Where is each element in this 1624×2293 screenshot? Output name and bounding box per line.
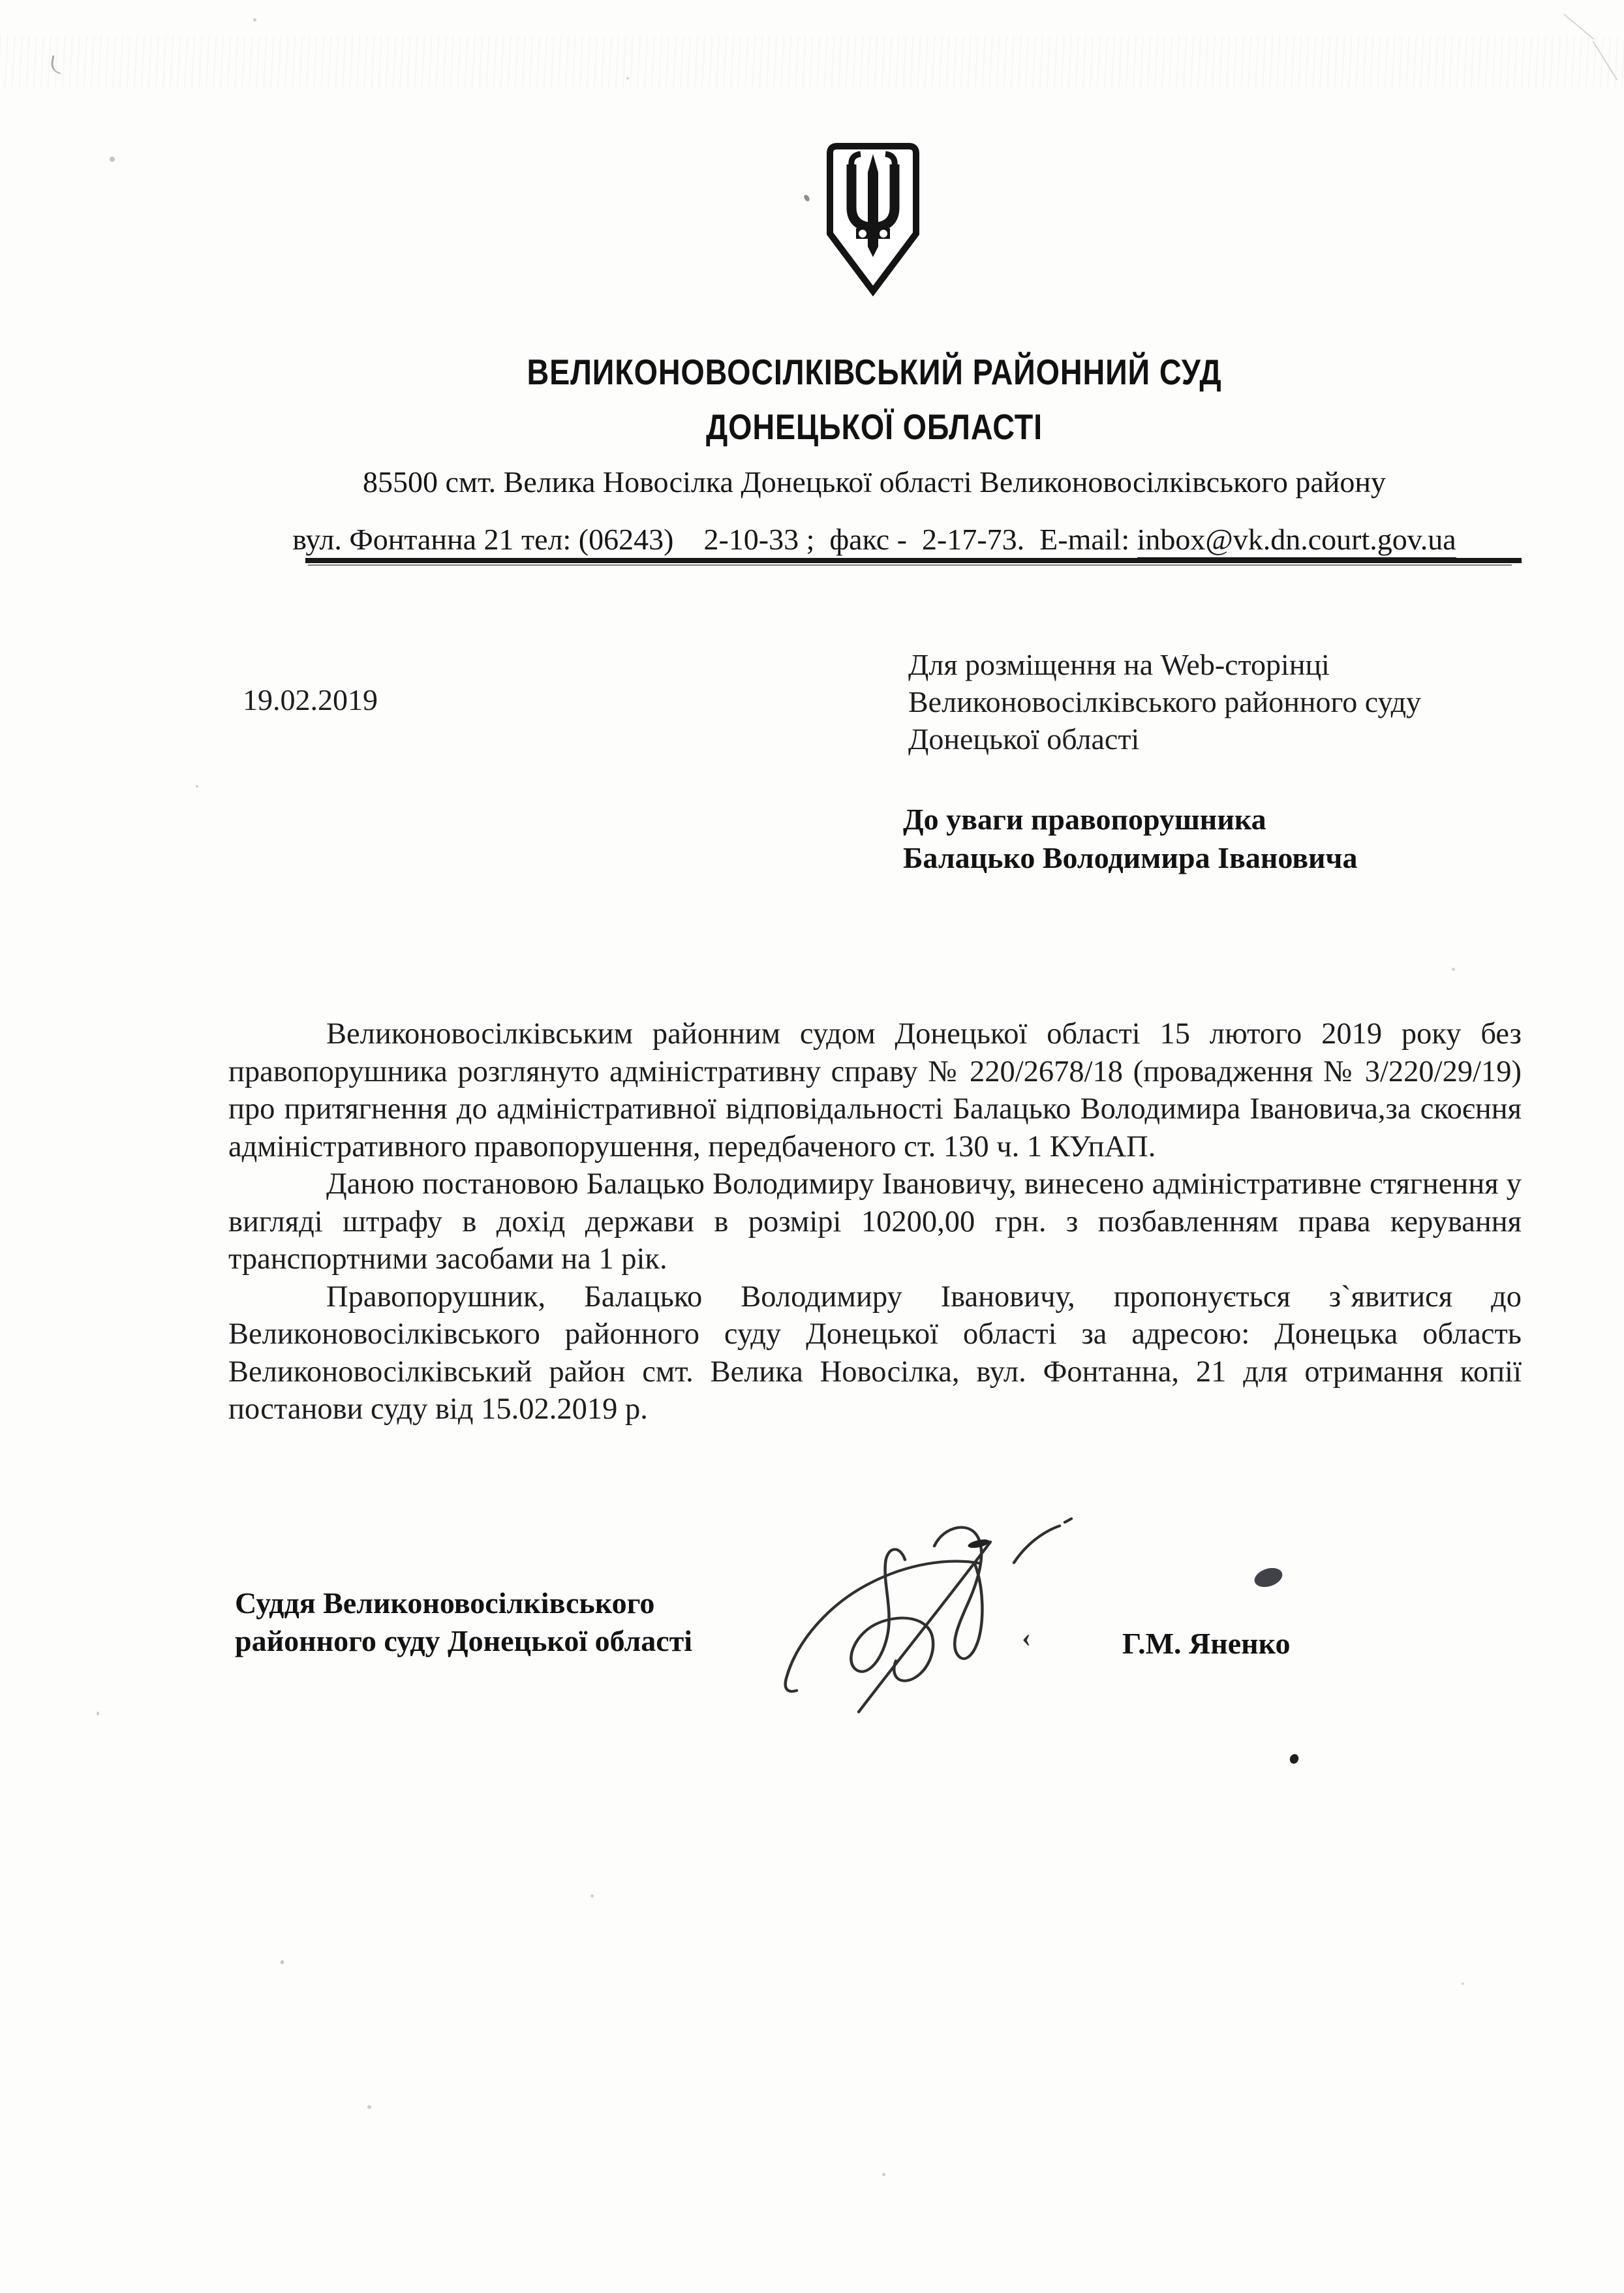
scan-speck <box>253 18 256 22</box>
judge-title-line: Суддя Великоновосілківського <box>235 1584 692 1622</box>
ink-dot-artifact <box>1288 1753 1300 1765</box>
paragraph: Правопорушник, Балацько Володимиру Івано… <box>228 1278 1522 1428</box>
court-address: 85500 смт. Велика Новосілка Донецької об… <box>228 465 1520 499</box>
scan-speck <box>110 157 115 162</box>
scan-speck <box>50 55 63 74</box>
web-note: Для розміщення на Web-сторінці Великонов… <box>908 646 1421 758</box>
ukraine-trident-emblem <box>824 142 922 296</box>
judge-title: Суддя Великоновосілківського районного с… <box>235 1584 692 1660</box>
scan-speck <box>626 77 629 80</box>
web-note-line: Великоновосілківського районного суду <box>908 683 1421 720</box>
judge-name: Г.М. Яненко <box>1122 1626 1291 1661</box>
court-contacts-text: вул. Фонтанна 21 тел: (06243) 2-10-33 ; … <box>292 523 1137 556</box>
scan-speck <box>882 2173 885 2176</box>
judge-signature <box>639 1475 1096 1742</box>
court-contacts: вул. Фонтанна 21 тел: (06243) 2-10-33 ; … <box>228 522 1520 557</box>
paragraph: Даною постановою Балацько Володимиру Іва… <box>228 1165 1522 1278</box>
web-note-line: Для розміщення на Web-сторінці <box>908 646 1421 683</box>
court-name-line1: ВЕЛИКОНОВОСІЛКІВСЬКИЙ РАЙОННИЙ СУД <box>326 351 1424 393</box>
ink-blob-artifact <box>1252 1565 1285 1590</box>
scan-scratch <box>1593 41 1618 80</box>
header-divider <box>305 558 1522 563</box>
scanned-court-letter: ВЕЛИКОНОВОСІЛКІВСЬКИЙ РАЙОННИЙ СУД ДОНЕЦ… <box>0 0 1624 2293</box>
document-body: Великоновосілківським районним судом Дон… <box>228 1015 1522 1428</box>
attention-note: До уваги правопорушника Балацько Володим… <box>903 800 1358 877</box>
scan-speck <box>1462 1982 1464 1985</box>
scan-speck <box>196 785 198 788</box>
scan-speck <box>367 2105 371 2109</box>
court-name-line2: ДОНЕЦЬКОЇ ОБЛАСТІ <box>326 406 1424 448</box>
scan-speck <box>803 194 811 202</box>
document-date: 19.02.2019 <box>243 683 378 717</box>
ink-tick-artifact: ‹ <box>1022 1622 1031 1654</box>
judge-title-line: районного суду Донецької області <box>235 1622 692 1660</box>
paragraph: Великоновосілківським районним судом Дон… <box>228 1015 1522 1165</box>
attention-line: Балацько Володимира Івановича <box>903 839 1358 877</box>
scan-speck <box>281 1960 284 1964</box>
attention-line: До уваги правопорушника <box>903 800 1358 839</box>
web-note-line: Донецької області <box>908 720 1421 758</box>
scan-noise <box>0 36 1624 88</box>
scan-speck <box>97 1712 99 1716</box>
scan-speck <box>590 1894 594 1898</box>
scan-scratch <box>1563 14 1594 40</box>
scan-speck <box>1452 968 1455 971</box>
court-email: inbox@vk.dn.court.gov.ua <box>1137 523 1456 559</box>
